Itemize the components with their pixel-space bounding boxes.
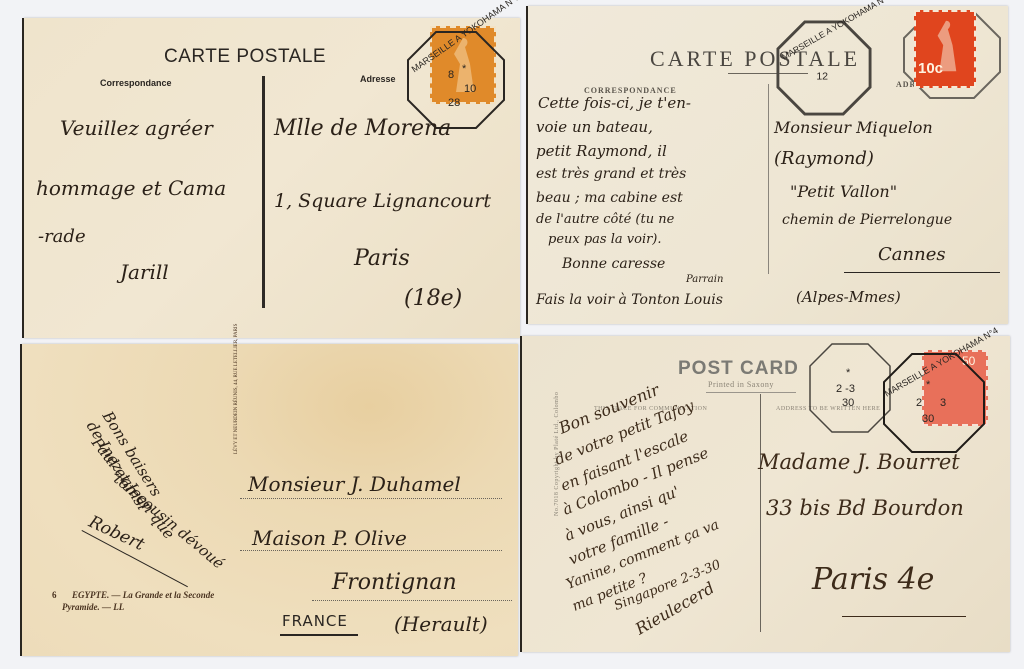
caption-line: Pyramide. — LL	[62, 602, 124, 612]
address-line: "Petit Vallon"	[790, 182, 897, 201]
message-line: hommage et Cama	[36, 176, 226, 200]
address-line: (Alpes-Mmes)	[796, 288, 901, 306]
address-line: Maison P. Olive	[252, 526, 407, 550]
adresse-label: Adresse	[360, 74, 396, 84]
signature: Jarill	[120, 260, 169, 284]
caption-number: 6	[52, 590, 57, 600]
address-dotted-line	[240, 550, 502, 552]
svg-text:30: 30	[922, 413, 934, 425]
title-underline	[706, 392, 796, 393]
postcard-marseille-yokohama-1928: CARTE POSTALE Correspondance Adresse 8 1…	[24, 18, 520, 338]
message-line: beau ; ma cabine est	[536, 190, 683, 206]
svg-text:2 -3: 2 -3	[836, 383, 855, 395]
postmark-marseille-yokohama: 2 -3 30 *	[808, 342, 892, 434]
address-line: 1, Square Lignancourt	[274, 190, 491, 212]
postcard-colombo-singapore-1930: POST CARD Printed in Saxony THIS SPACE F…	[522, 336, 1010, 652]
message-line: Cette fois-ci, je t'en-	[538, 94, 691, 112]
address-line: (Raymond)	[774, 148, 874, 169]
svg-text:28: 28	[448, 97, 460, 109]
message-line: -rade	[38, 226, 86, 247]
svg-text:3: 3	[940, 397, 946, 409]
address-line: Madame J. Bourret	[758, 450, 960, 474]
svg-text:30: 30	[842, 397, 854, 409]
address-line: Paris	[354, 246, 410, 271]
address-underline	[844, 272, 1000, 273]
card-subtitle: Printed in Saxony	[708, 380, 774, 389]
address-line: chemin de Pierrelongue	[782, 212, 952, 228]
postmark-marseille-yokohama: * 2 3 30 MARSEILLE A YOKOHAMA N°4	[882, 352, 986, 454]
svg-text:*: *	[926, 379, 931, 391]
postcard-egypte-pyramides: Bons baisers de Inez, ainsi Paul et Jean…	[22, 344, 518, 656]
svg-text:MARSEILLE A YOKOHAMA N°4: MARSEILLE A YOKOHAMA N°4	[883, 325, 1000, 398]
message-line: est très grand et très	[536, 166, 686, 182]
address-dotted-line	[240, 498, 502, 500]
address-line: 33 bis Bd Bourdon	[766, 496, 964, 520]
postmark-marseille-yokohama: 8 10 28 * MARSEILLE A YOKOHAMA N°6	[406, 30, 506, 130]
svg-text:8: 8	[448, 69, 454, 81]
address-line: Monsieur Miquelon	[774, 118, 933, 137]
address-line: Frontignan	[332, 570, 457, 595]
address-line: Monsieur J. Duhamel	[248, 472, 461, 496]
address-underline	[842, 616, 966, 617]
svg-text:12: 12	[816, 71, 828, 83]
svg-text:2: 2	[916, 397, 922, 409]
address-line: Mlle de Morena	[274, 116, 451, 141]
address-line: Cannes	[878, 244, 946, 265]
message-line: petit Raymond, il	[536, 142, 667, 160]
signature: Parrain	[686, 274, 723, 285]
message-line: voie un bateau,	[536, 118, 653, 136]
country-label: FRANCE	[282, 612, 348, 630]
message-line: de l'autre côté (tu ne	[536, 212, 674, 227]
card-title: CARTE POSTALE	[164, 46, 326, 68]
address-line: (Herault)	[394, 612, 488, 636]
divider-line	[760, 394, 761, 632]
divider-line	[262, 76, 265, 308]
svg-text:*: *	[462, 63, 467, 75]
postmark-marseille-yokohama: 12 MARSEILLE A YOKOHAMA N°7	[776, 20, 872, 116]
postcard-cabin-message: CARTE POSTALE CORRESPONDANCE ADRESSE 12 …	[528, 6, 1008, 324]
svg-text:10: 10	[464, 83, 476, 95]
address-dotted-line	[312, 600, 512, 602]
stamp-semeuse-10c-red: 10c	[914, 10, 976, 88]
address-line: (18e)	[404, 286, 462, 311]
stamp-value: 10c	[918, 60, 943, 77]
divider-line	[768, 84, 769, 274]
svg-text:*: *	[846, 367, 851, 379]
message-line: Veuillez agréer	[60, 116, 213, 140]
publisher-text: LÉVY ET NEURDEIN RÉUNIS, 44, RUE LETELLI…	[234, 324, 239, 454]
message-line: ton cousin dévoué	[110, 470, 227, 573]
country-underline	[280, 634, 358, 636]
message-line: Bonne caresse	[562, 256, 665, 272]
caption-line: EGYPTE. — La Grande et la Seconde	[72, 590, 214, 600]
correspondance-label: Correspondance	[100, 78, 172, 88]
address-line: Paris 4e	[812, 562, 934, 597]
message-line: peux pas la voir).	[548, 232, 662, 247]
message-line: Fais la voir à Tonton Louis	[536, 292, 723, 308]
card-title: POST CARD	[678, 358, 799, 380]
